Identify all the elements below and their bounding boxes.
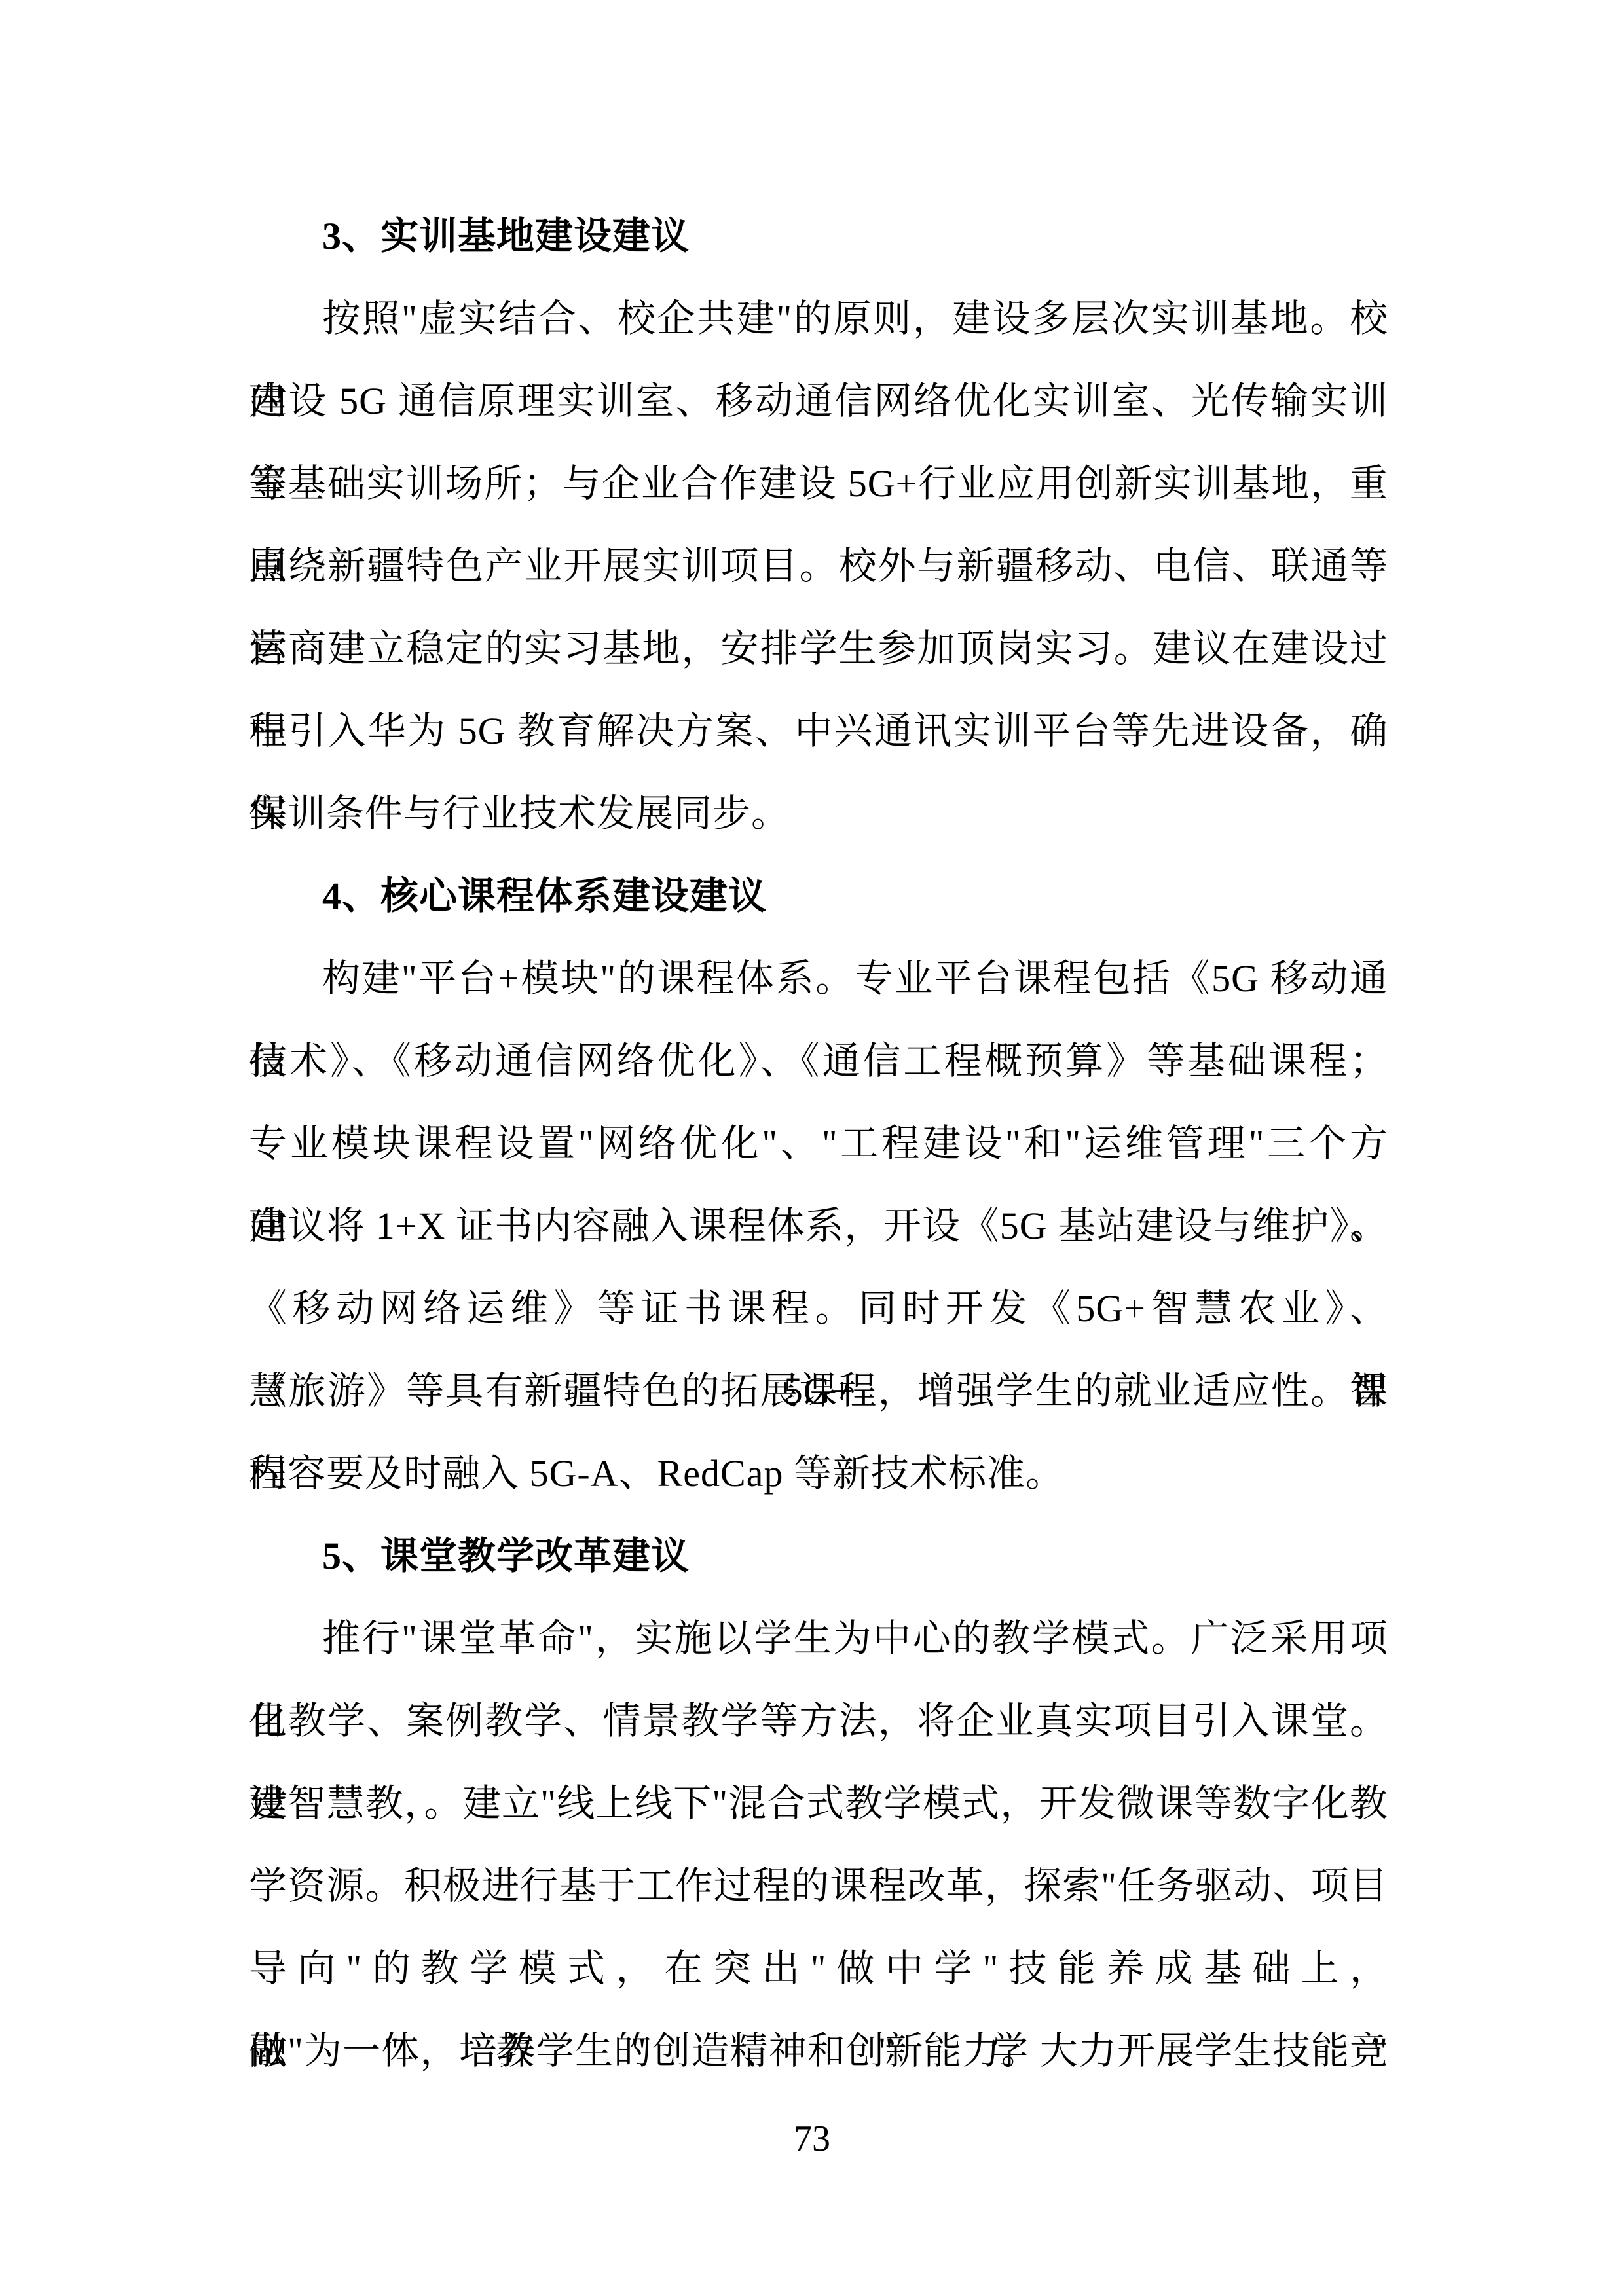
paragraph-line: 学资源。积极进行基于工作过程的课程改革，探索"任务驱动、项目 [249,1845,1388,1927]
paragraph-line: 导向"的教学模式，在突出"做中学"技能养成基础上，融"教"、"学"、" [249,1927,1388,2010]
paragraph-line: 等基础实训场所；与企业合作建设 5G+行业应用创新实训基地，重点 [249,443,1388,525]
paragraph-line: 围绕新疆特色产业开展实训项目。校外与新疆移动、电信、联通等运 [249,525,1388,608]
paragraph-line: 专业模块课程设置"网络优化"、"工程建设"和"运维管理"三个方向。 [249,1102,1388,1185]
paragraph-line: 实训条件与行业技术发展同步。 [249,773,1388,855]
page-number: 73 [0,2098,1624,2180]
paragraph-line: 中引入华为 5G 教育解决方案、中兴通讯实训平台等先进设备，确保 [249,690,1388,773]
paragraph-line: 《移动网络运维》等证书课程。同时开发《5G+智慧农业》、《5G+智 [249,1267,1388,1350]
paragraph-line: 化教学、案例教学、情景教学等方法，将企业真实项目引入课堂。建 [249,1680,1388,1762]
paragraph-line: 建设 5G 通信原理实训室、移动通信网络优化实训室、光传输实训室 [249,360,1388,443]
section-heading-5: 5、课堂教学改革建议 [249,1515,1388,1597]
paragraph-line: 内容要及时融入 5G-A、RedCap 等新技术标准。 [249,1432,1388,1515]
paragraph-line: 建议将 1+X 证书内容融入课程体系，开设《5G 基站建设与维护》、 [249,1185,1388,1267]
section-heading-4: 4、核心课程体系建设建议 [249,855,1388,938]
paragraph-line: 推行"课堂革命"，实施以学生为中心的教学模式。广泛采用项目 [249,1597,1388,1680]
section-heading-3: 3、实训基地建设建议 [249,195,1388,278]
paragraph-line: 技术》、《移动通信网络优化》、《通信工程概预算》等基础课程； [249,1020,1388,1102]
paragraph-line: 设智慧教，。建立"线上线下"混合式教学模式，开发微课等数字化教 [249,1762,1388,1845]
text-block: 3、实训基地建设建议 按照"虚实结合、校企共建"的原则，建设多层次实训基地。校内… [249,195,1388,2092]
document-page: 3、实训基地建设建议 按照"虚实结合、校企共建"的原则，建设多层次实训基地。校内… [0,0,1624,2296]
paragraph-line: 构建"平台+模块"的课程体系。专业平台课程包括《5G 移动通信 [249,938,1388,1020]
paragraph-line: 慧旅游》等具有新疆特色的拓展课程，增强学生的就业适应性。课程 [249,1350,1388,1432]
paragraph-line: 做"为一体，培养学生的创造精神和创新能力。大力开展学生技能竞 [249,2010,1388,2092]
paragraph-line: 营商建立稳定的实习基地，安排学生参加顶岗实习。建议在建设过程 [249,608,1388,690]
paragraph-line: 按照"虚实结合、校企共建"的原则，建设多层次实训基地。校内 [249,278,1388,360]
